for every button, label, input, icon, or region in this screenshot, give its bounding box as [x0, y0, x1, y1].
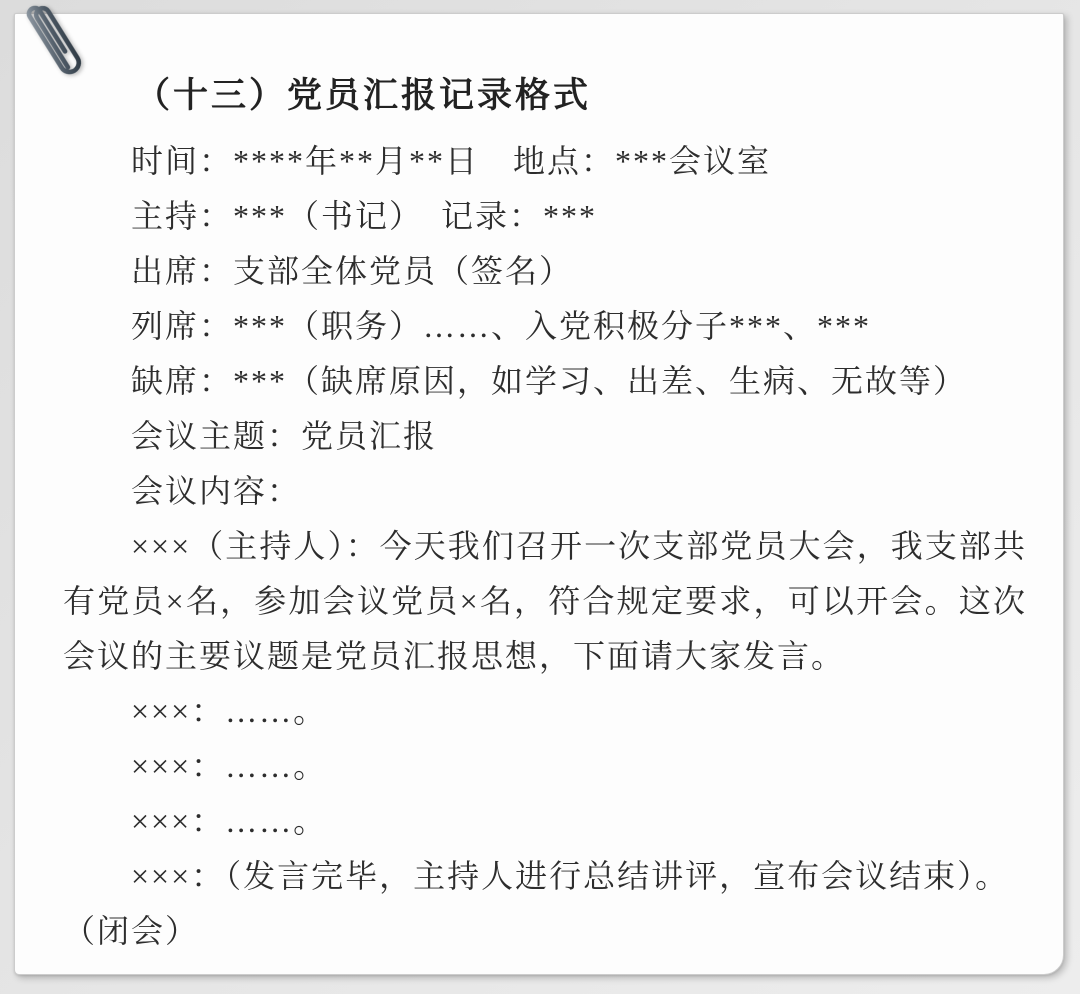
line-absentees: 缺席：***（缺席原因，如学习、出差、生病、无故等）	[63, 354, 1027, 409]
line-observers: 列席：***（职务）……、入党积极分子***、***	[63, 299, 1027, 354]
line-speech-2: ×××：……。	[63, 739, 1027, 794]
line-speech-3: ×××：……。	[63, 794, 1027, 849]
document-paper: （十三）党员汇报记录格式 时间：****年**月**日 地点：***会议室 主持…	[14, 13, 1064, 975]
line-speech-1: ×××：……。	[63, 684, 1027, 739]
page-background: （十三）党员汇报记录格式 时间：****年**月**日 地点：***会议室 主持…	[0, 0, 1080, 994]
document-body: （十三）党员汇报记录格式 时间：****年**月**日 地点：***会议室 主持…	[63, 66, 1027, 959]
line-topic: 会议主题：党员汇报	[63, 409, 1027, 464]
line-host-recorder: 主持：***（书记） 记录：***	[63, 189, 1027, 244]
line-closing-remarks: ×××：（发言完毕，主持人进行总结讲评，宣布会议结束）。	[63, 849, 1027, 904]
document-title: （十三）党员汇报记录格式	[63, 66, 1027, 126]
line-content-label: 会议内容：	[63, 464, 1027, 519]
line-adjournment: （闭会）	[63, 904, 1027, 959]
line-attendees: 出席：支部全体党员（签名）	[63, 244, 1027, 299]
paragraph-opening-remarks: ×××（主持人）：今天我们召开一次支部党员大会，我支部共有党员×名，参加会议党员…	[63, 519, 1027, 684]
line-time-location: 时间：****年**月**日 地点：***会议室	[63, 134, 1027, 189]
